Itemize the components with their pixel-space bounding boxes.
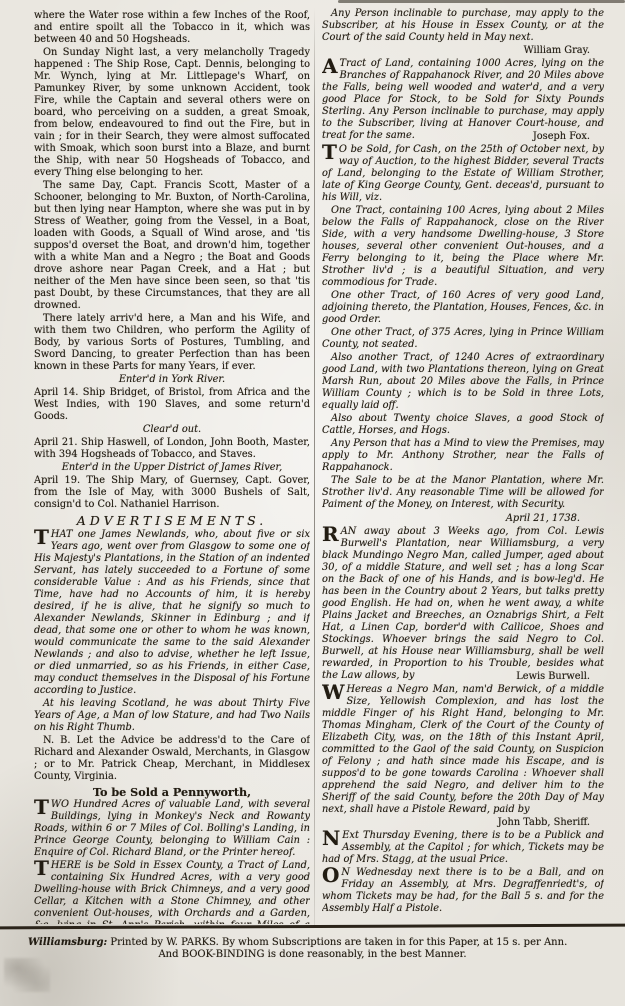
ad-strother-slaves-and-stock: Also about Twenty choice Slaves, a good …: [322, 413, 604, 437]
heading-entered-upper-district-james-river: Enter'd in the Upper District of James R…: [34, 462, 310, 474]
ad-strother-tract-1240-acres: Also another Tract, of 1240 Acres of ext…: [322, 352, 604, 412]
imprint-text: Printed by W. PARKS. By whom Subscriptio…: [107, 937, 567, 948]
scan-smudge-bottom-left: [4, 958, 50, 992]
ad-strother-sale-terms: The Sale to be at the Manor Plantation, …: [322, 475, 604, 511]
notice-ball-and-assembly-degraffenriedt: ON Wednesday next there is to be a Ball,…: [322, 867, 604, 915]
shipping-entry-april-14: April 14. Ship Bridget, of Bristol, from…: [34, 387, 310, 423]
shipping-entry-april-19: April 19. The Ship Mary, of Guernsey, Ca…: [34, 475, 310, 511]
heading-cleared-out: Clear'd out.: [34, 424, 310, 436]
news-item-francis-scott-drowning: The same Day, Capt. Francis Scott, Maste…: [34, 180, 310, 312]
ad-strother-tract-160-acres: One other Tract, of 160 Acres of very go…: [322, 290, 604, 326]
ad-newlands-description: At his leaving Scotland, he was about Th…: [34, 698, 310, 734]
shipping-entry-april-21: April 21. Ship Haswell, of London, John …: [34, 437, 310, 461]
ad-strother-view-premises: Any Person that has a Mind to view the P…: [322, 438, 604, 474]
news-item-tobacco-damage: where the Water rose within a few Inches…: [34, 10, 310, 46]
scan-artifact-top-edge: [338, 0, 625, 3]
ad-strother-tract-375-acres: One other Tract, of 375 Acres, lying in …: [322, 327, 604, 351]
signature-john-tabb-sheriff: John Tabb, Sheriff.: [322, 817, 604, 829]
right-column: Any Person inclinable to purchase, may a…: [322, 8, 604, 926]
ad-two-hundred-acres-prince-george: TWO Hundred Acres of valuable Land, with…: [34, 799, 310, 859]
ad-james-newlands-inquiry: THAT one James Newlands, who, about five…: [34, 529, 310, 697]
imprint-place: Williamsburg:: [28, 937, 107, 948]
ad-apply-essex-county: Any Person inclinable to purchase, may a…: [322, 8, 604, 44]
left-column: where the Water rose within a few Inches…: [34, 10, 310, 924]
ad-newlands-nota-bene: N. B. Let the Advice be address'd to the…: [34, 735, 310, 783]
notice-publick-assembly-capitol: NExt Thursday Evening, there is to be a …: [322, 830, 604, 866]
ad-strother-estate-auction: TO be Sold, for Cash, on the 25th of Oct…: [322, 144, 604, 204]
heading-entered-york-river: Enter'd in York River.: [34, 374, 310, 386]
advertisements-section-heading: ADVERTISEMENTS.: [34, 515, 310, 527]
ad-tract-1000-acres-rappahanock: A Tract of Land, containing 1000 Acres, …: [322, 58, 604, 142]
heading-to-be-sold-a-pennyworth: To be Sold a Pennyworth,: [34, 786, 310, 798]
ad-strother-tract-100-acres: One Tract, containing 100 Acres, lying a…: [322, 205, 604, 289]
news-item-tumblers-arrival: There lately arriv'd here, a Man and his…: [34, 313, 310, 373]
signature-william-gray: William Gray.: [322, 45, 604, 57]
column-divider-rule: [314, 8, 315, 926]
footer-rule: [0, 924, 625, 930]
imprint-footer: Williamsburg: Printed by W. PARKS. By wh…: [0, 925, 625, 960]
dateline-april-21-1738: April 21, 1738.: [322, 513, 604, 525]
news-item-ship-rose-fire: On Sunday Night last, a very melancholly…: [34, 47, 310, 179]
ad-berwick-gaol-escape: WHereas a Negro Man, nam'd Berwick, of a…: [322, 684, 604, 816]
imprint-line-1: Williamsburg: Printed by W. PARKS. By wh…: [28, 937, 601, 948]
ad-six-hundred-acres-essex-county: THERE is be Sold in Essex County, a Trac…: [34, 860, 310, 924]
ad-runaway-jumper-burwell: RAN away about 3 Weeks ago, from Col. Le…: [322, 526, 604, 682]
imprint-line-2: And BOOK-BINDING is done reasonably, in …: [0, 949, 625, 960]
newspaper-page: where the Water rose within a few Inches…: [0, 0, 625, 1006]
